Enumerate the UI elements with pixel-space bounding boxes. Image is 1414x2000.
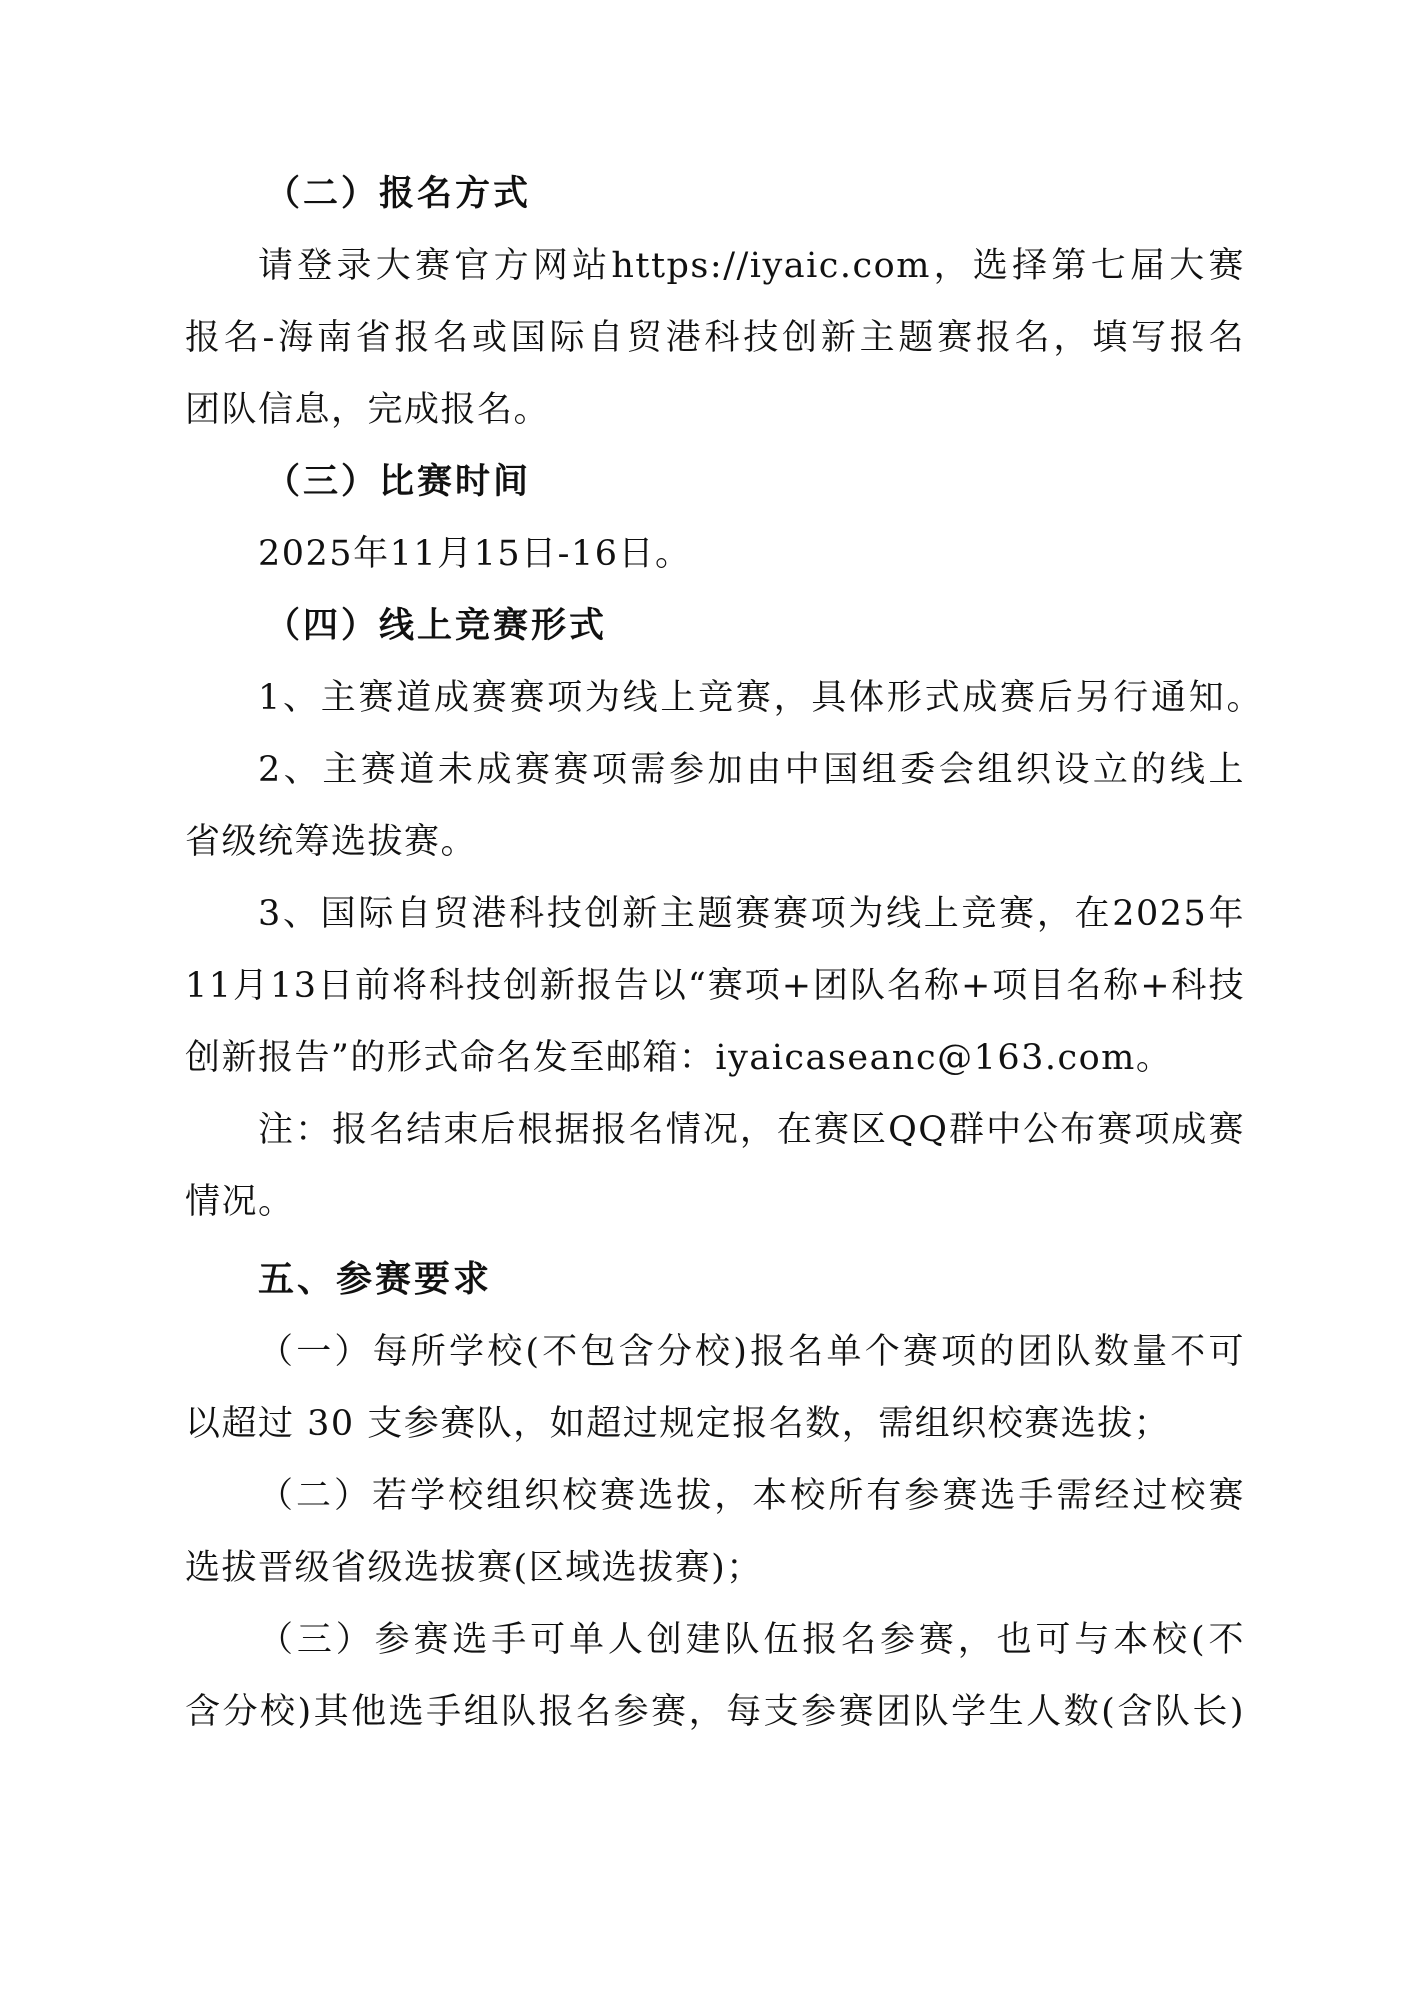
requirement-line: （一）每所学校(不包含分校)报名单个赛项的团队数量不可 [258,1330,1245,1374]
section-heading-competition-time: （三）比赛时间 [265,460,1325,504]
note-line: 情况。 [185,1180,1245,1224]
list-item-line: 省级统筹选拔赛。 [185,820,1245,864]
note-line: 注：报名结束后根据报名情况，在赛区QQ群中公布赛项成赛 [258,1108,1245,1152]
section-heading-online-format: （四）线上竞赛形式 [265,604,1325,648]
list-item-line: 3、国际自贸港科技创新主题赛赛项为线上竞赛，在2025年 [258,892,1245,936]
requirement-line: 含分校)其他选手组队报名参赛，每支参赛团队学生人数(含队长) [185,1690,1245,1734]
requirement-line: 以超过 30 支参赛队，如超过规定报名数，需组织校赛选拔； [185,1402,1167,1446]
email-line: 创新报告”的形式命名发至邮箱：iyaicaseanc@163.com。 [185,1036,1245,1080]
paragraph-line: 团队信息，完成报名。 [185,388,1245,432]
section-heading-registration-method: （二）报名方式 [265,172,1325,216]
requirement-line: （三）参赛选手可单人创建队伍报名参赛，也可与本校(不 [258,1618,1245,1662]
list-item-line: 2、主赛道未成赛赛项需参加由中国组委会组织设立的线上 [258,748,1245,792]
requirement-line: 选拔晋级省级选拔赛(区域选拔赛)； [185,1546,1245,1590]
requirement-line: （二）若学校组织校赛选拔，本校所有参赛选手需经过校赛 [258,1474,1245,1518]
section-heading-participation-requirements: 五、参赛要求 [258,1258,1318,1302]
paragraph-line: 报名-海南省报名或国际自贸港科技创新主题赛报名，填写报名 [185,316,1245,360]
paragraph-line: 请登录大赛官方网站https://iyaic.com，选择第七届大赛 [258,244,1245,288]
competition-date: 2025年11月15日-16日。 [258,532,1318,576]
list-item-line: 1、主赛道成赛赛项为线上竞赛，具体形式成赛后另行通知。 [258,676,1263,720]
list-item-line: 11月13日前将科技创新报告以“赛项+团队名称+项目名称+科技 [185,964,1245,1008]
document-page: （二）报名方式 请登录大赛官方网站https://iyaic.com，选择第七届… [0,0,1414,2000]
